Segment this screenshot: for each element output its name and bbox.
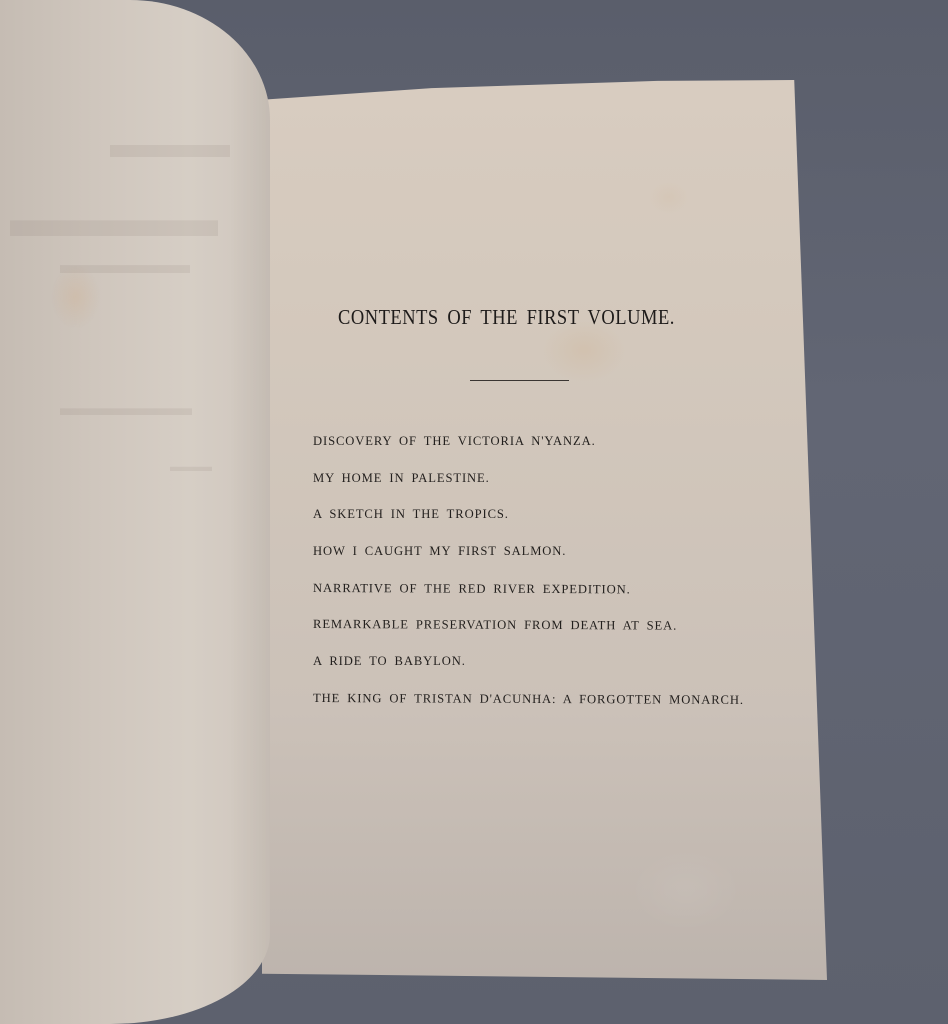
page-title: CONTENTS OF THE FIRST VOLUME. [338,305,672,330]
contents-list: DISCOVERY OF THE VICTORIA N'YANZA. MY HO… [313,434,744,728]
contents-entry: NARRATIVE OF THE RED RIVER EXPEDITION. [313,581,744,620]
contents-entry: A RIDE TO BABYLON. [313,654,744,691]
contents-page: CONTENTS OF THE FIRST VOLUME. DISCOVERY … [0,0,948,1024]
contents-entry: THE KING OF TRISTAN D'ACUNHA: A FORGOTTE… [313,691,744,730]
contents-entry: MY HOME IN PALESTINE. [313,471,744,508]
contents-entry: REMARKABLE PRESERVATION FROM DEATH AT SE… [313,617,744,656]
contents-entry: HOW I CAUGHT MY FIRST SALMON. [313,544,744,581]
contents-entry: A SKETCH IN THE TROPICS. [313,507,744,544]
photo-scene: ▬▬▬ ▬▬▬▬ ▬▬▬▬▬ ▬▬▬▬▬▬ ▬▬▬ CONTENTS OF TH… [0,0,948,1024]
contents-entry: DISCOVERY OF THE VICTORIA N'YANZA. [313,434,744,471]
title-divider [470,380,569,381]
